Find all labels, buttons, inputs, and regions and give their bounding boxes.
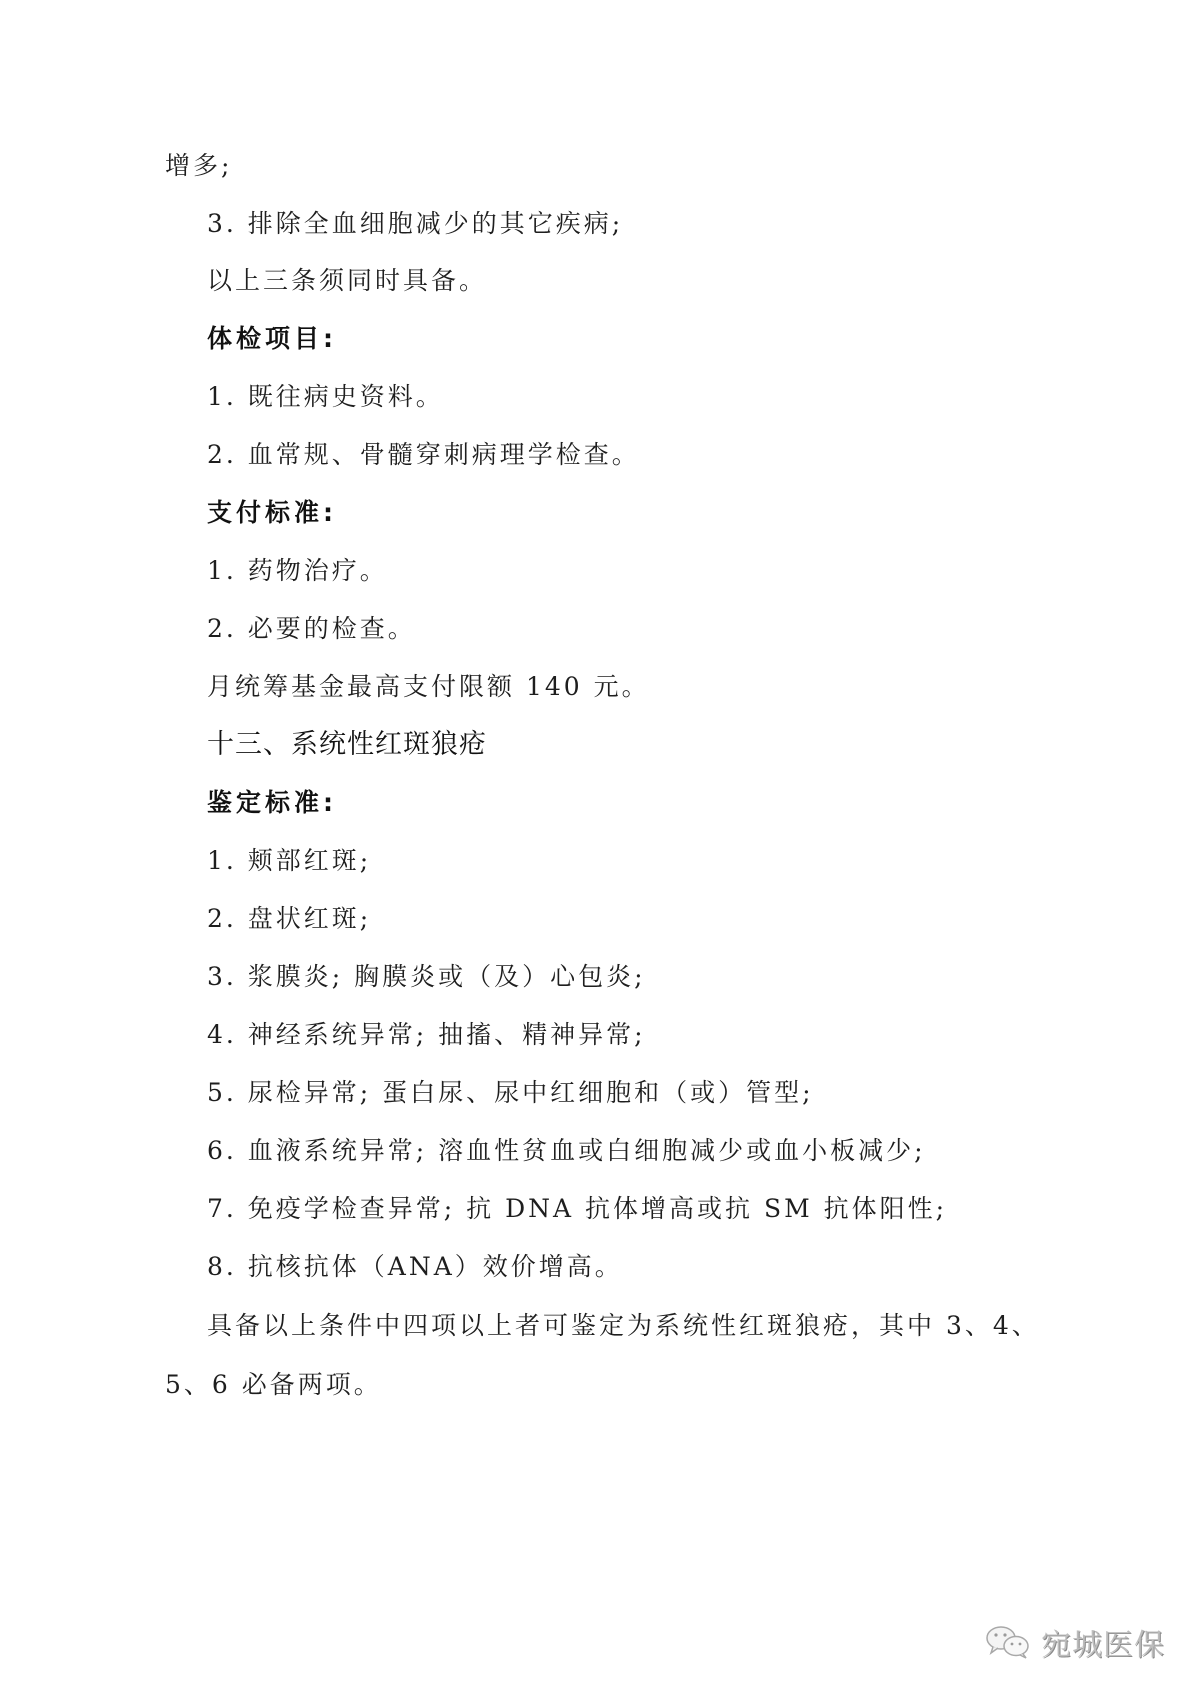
- sle-criteria-2: 2. 盘状红斑;: [207, 904, 371, 934]
- wechat-icon: [985, 1624, 1033, 1660]
- sle-criteria-1: 1. 颊部红斑;: [207, 846, 371, 876]
- heading-payment-standard: 支付标准:: [207, 498, 337, 528]
- heading-exam-items: 体检项目:: [207, 324, 337, 354]
- heading-identification-standard: 鉴定标准:: [207, 788, 337, 818]
- watermark-text: 宛城医保: [1041, 1620, 1165, 1664]
- criteria-note: 以上三条须同时具备。: [207, 266, 487, 296]
- sle-criteria-7: 7. 免疫学检查异常; 抗 DNA 抗体增高或抗 SM 抗体阳性;: [207, 1194, 947, 1224]
- criteria-item-3: 3. 排除全血细胞减少的其它疾病;: [207, 209, 623, 239]
- sle-summary: 具备以上条件中四项以上者可鉴定为系统性红斑狼疮，其中 3、4、: [207, 1311, 1040, 1341]
- payment-item-2: 2. 必要的检查。: [207, 614, 416, 644]
- sle-criteria-6: 6. 血液系统异常; 溶血性贫血或白细胞减少或血小板减少;: [207, 1136, 926, 1166]
- text-line-continuation: 增多;: [165, 151, 232, 181]
- sle-summary-continuation: 5、6 必备两项。: [165, 1370, 382, 1400]
- payment-item-1: 1. 药物治疗。: [207, 556, 388, 586]
- sle-criteria-4: 4. 神经系统异常; 抽搐、精神异常;: [207, 1020, 646, 1050]
- section-title-sle: 十三、系统性红斑狼疮: [207, 730, 487, 760]
- sle-criteria-3: 3. 浆膜炎; 胸膜炎或（及）心包炎;: [207, 962, 646, 992]
- sle-criteria-5: 5. 尿检异常; 蛋白尿、尿中红细胞和（或）管型;: [207, 1078, 814, 1108]
- exam-item-2: 2. 血常规、骨髓穿刺病理学检查。: [207, 440, 640, 470]
- watermark: 宛城医保: [985, 1620, 1165, 1664]
- sle-criteria-8: 8. 抗核抗体（ANA）效价增高。: [207, 1252, 623, 1282]
- payment-limit: 月统筹基金最高支付限额 140 元。: [207, 672, 650, 702]
- exam-item-1: 1. 既往病史资料。: [207, 382, 444, 412]
- document-page: 增多; 3. 排除全血细胞减少的其它疾病; 以上三条须同时具备。 体检项目: 1…: [0, 0, 1200, 1696]
